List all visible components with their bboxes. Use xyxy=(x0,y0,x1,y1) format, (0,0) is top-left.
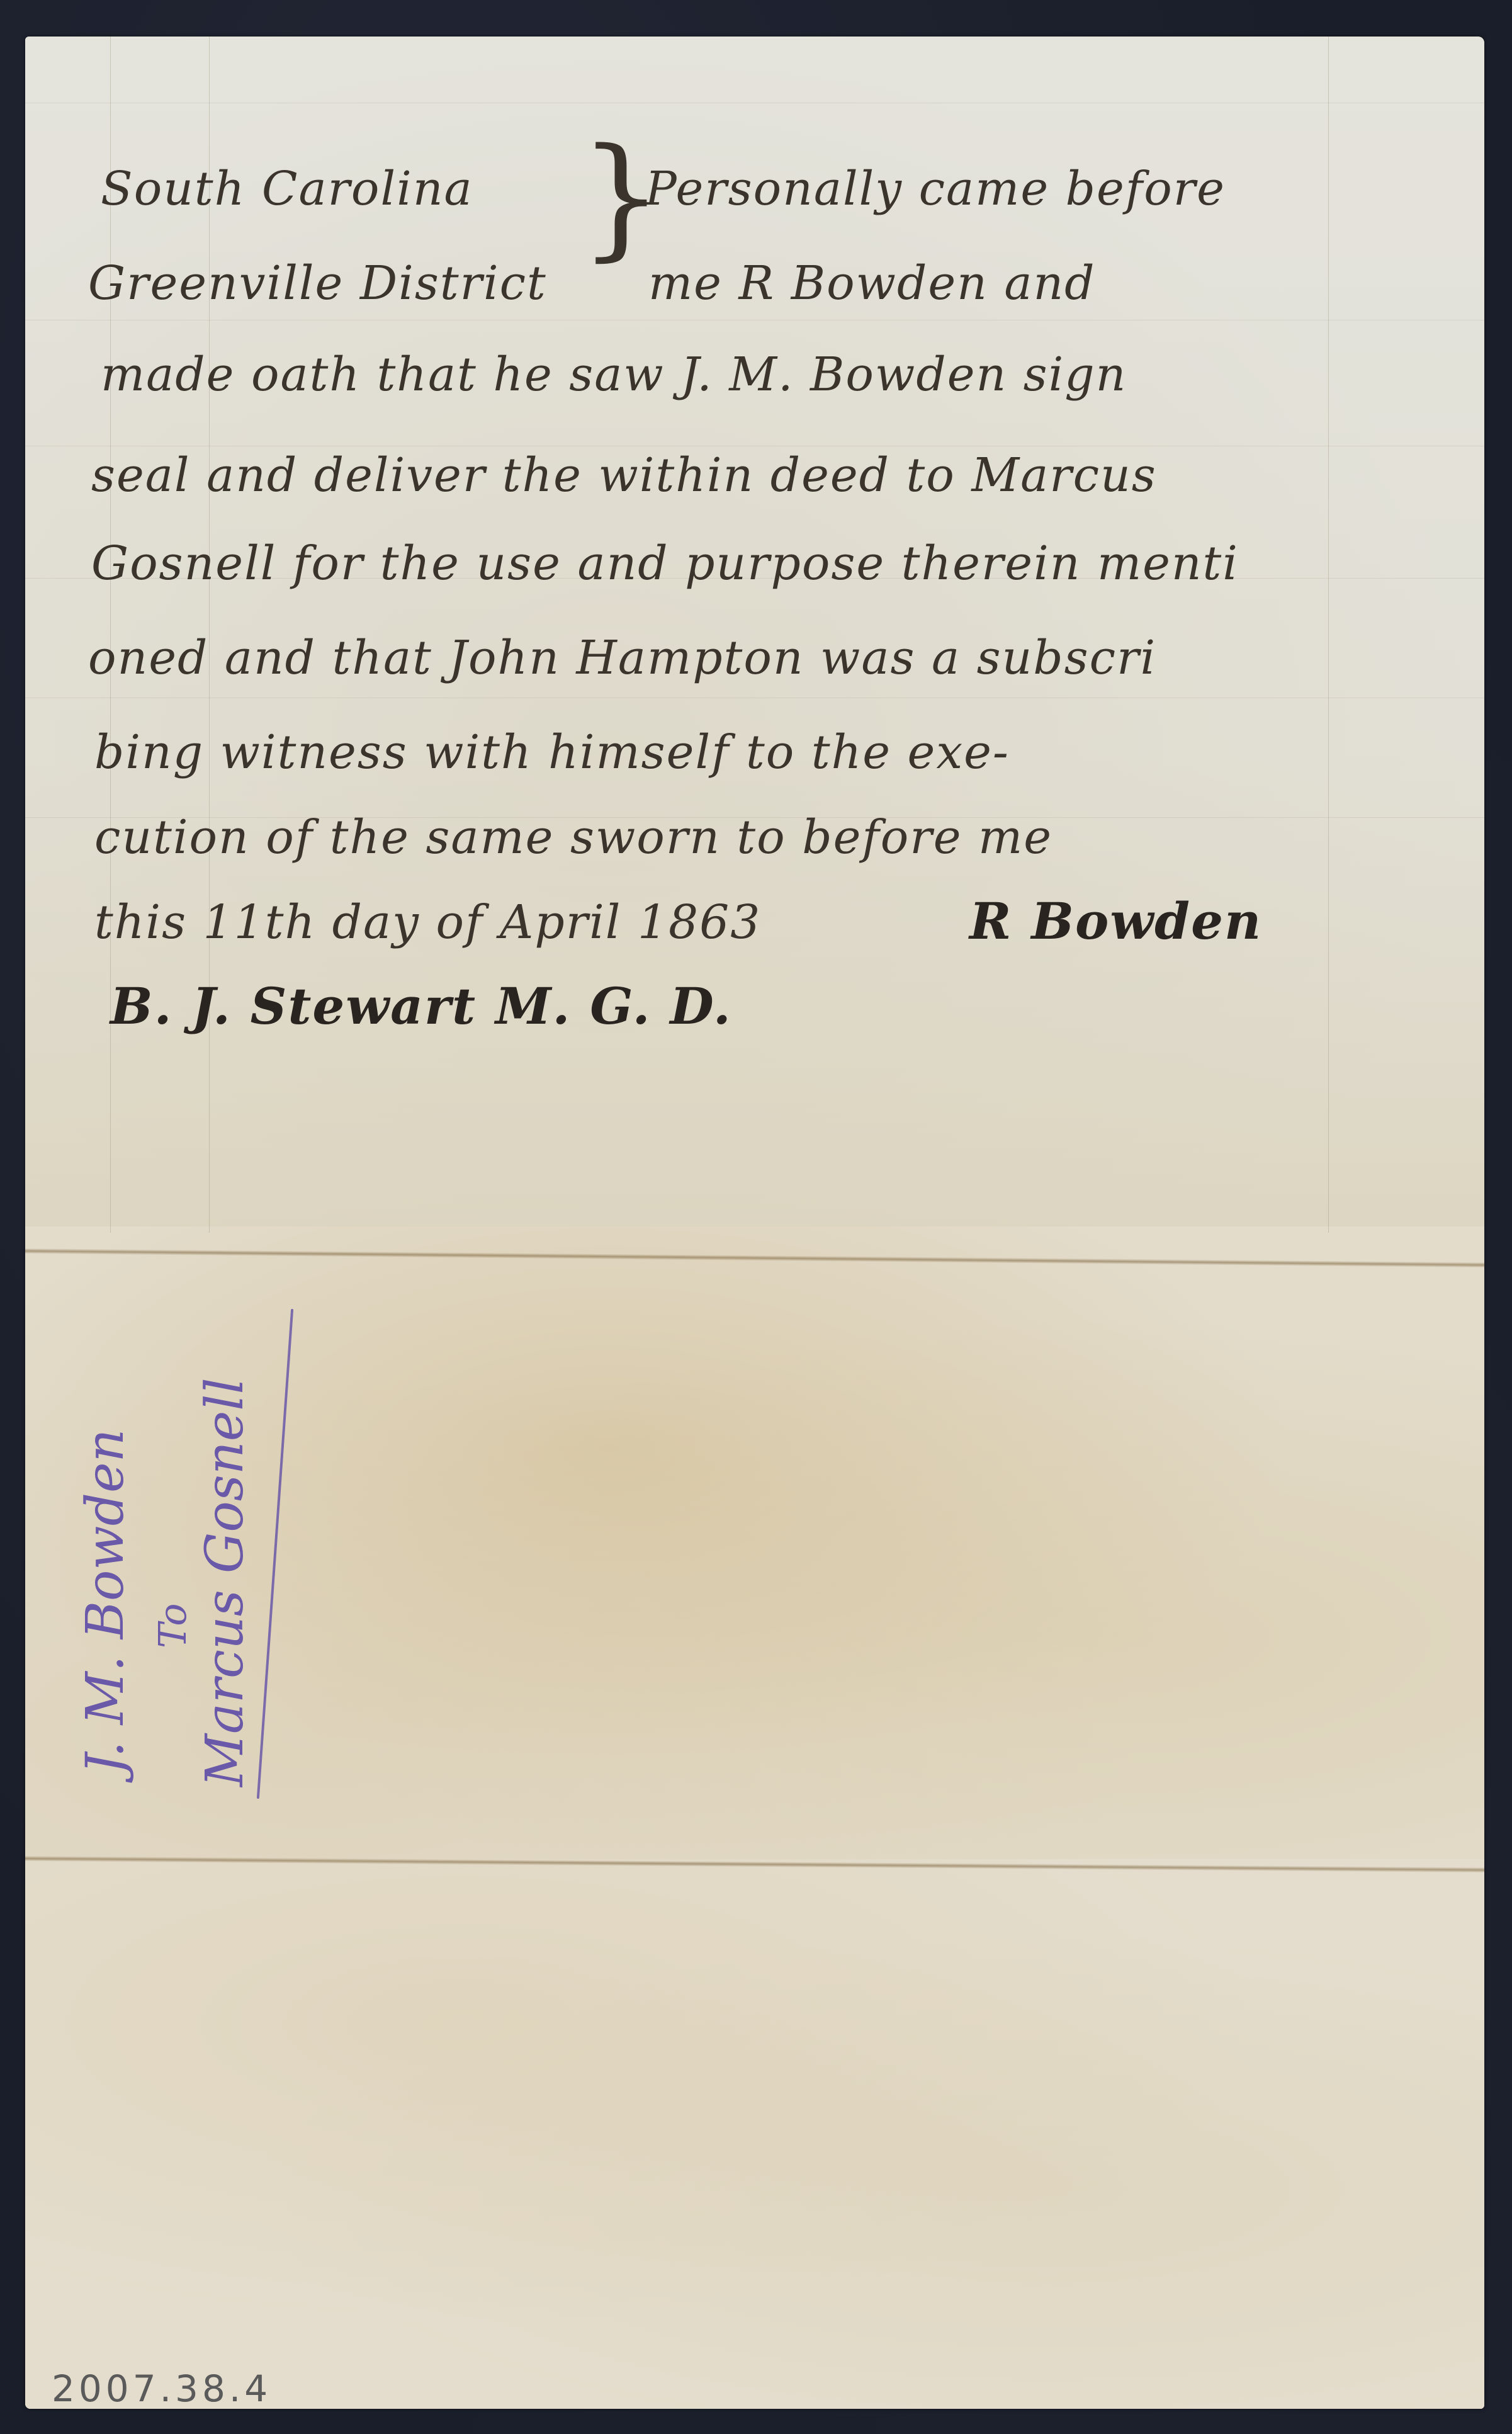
affidavit-line-5: Gosnell for the use and purpose therein … xyxy=(91,540,1239,587)
document-paper: South Carolina Greenville District } Per… xyxy=(25,37,1484,2409)
docket-grantee: Marcus Gosnell xyxy=(195,1378,255,1787)
docket-to: To xyxy=(151,1604,195,1648)
ruled-line xyxy=(25,320,1484,320)
affidavit-line-9-date: this 11th day of April 1863 xyxy=(94,899,761,946)
ruled-margin-line xyxy=(1328,37,1329,1233)
affidavit-line-8: cution of the same sworn to before me xyxy=(94,814,1052,861)
affidavit-line-6: oned and that John Hampton was a subscri xyxy=(88,635,1156,681)
docket-grantor: J. M. Bowden xyxy=(76,1429,135,1774)
deponent-signature: R Bowden xyxy=(969,896,1262,946)
affidavit-line-3: made oath that he saw J. M. Bowden sign xyxy=(101,351,1127,398)
state-heading: South Carolina xyxy=(101,166,473,212)
ruled-line xyxy=(25,446,1484,446)
ruled-line xyxy=(25,103,1484,103)
catalog-number: 2007.38.4 xyxy=(52,2367,271,2410)
affidavit-line-1: Personally came before xyxy=(645,166,1226,212)
ruled-line xyxy=(25,698,1484,698)
affidavit-line-7: bing witness with himself to the exe- xyxy=(94,729,1010,776)
officer-signature: B. J. Stewart M. G. D. xyxy=(110,981,732,1031)
bottom-panel xyxy=(25,1859,1484,2409)
district-heading: Greenville District xyxy=(88,260,547,307)
affidavit-line-2: me R Bowden and xyxy=(648,260,1096,307)
affidavit-line-4: seal and deliver the within deed to Marc… xyxy=(91,452,1157,499)
